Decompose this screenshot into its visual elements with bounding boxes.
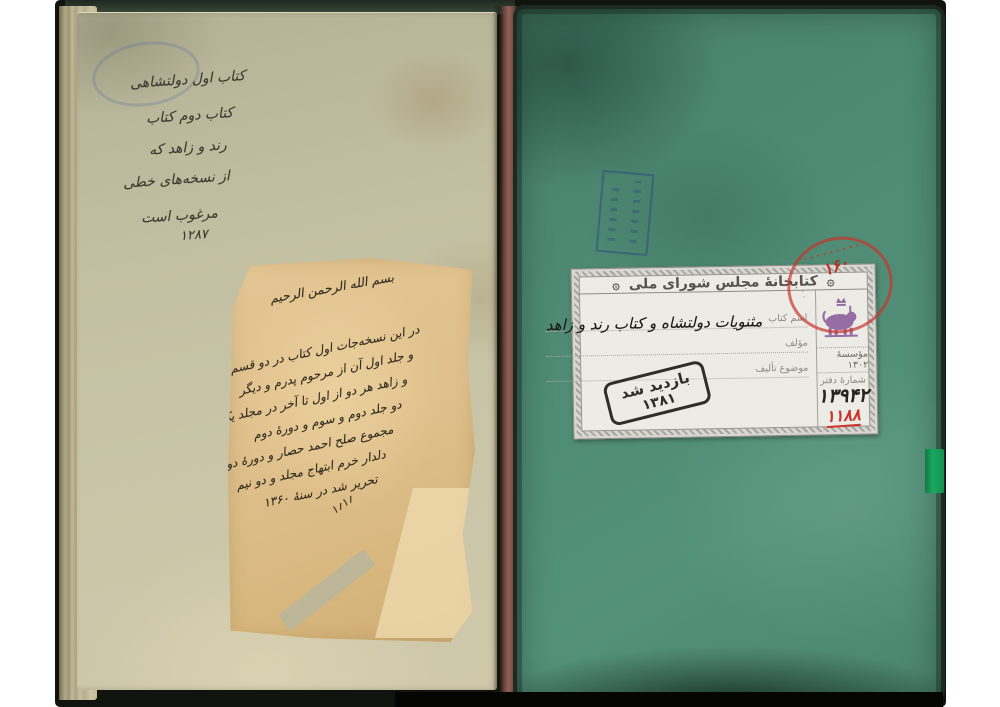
ownership-note-line: مرغوب است — [141, 205, 219, 226]
founded-year: مؤسسهٔ ۱۳۰۲ — [817, 347, 868, 373]
register-cell: شمارهٔ دفتر ۱۳۹۴۲ ۱۱۸۸ — [817, 372, 869, 427]
label-row: اسم کتاب مثنویات دولتشاه و کتاب رند و زا… — [545, 295, 807, 333]
green-bookmark-tab — [925, 449, 944, 493]
field-label: مؤلف — [785, 338, 808, 352]
red-stamp-side-marks: ··· — [795, 283, 809, 303]
note-torn-patch — [375, 488, 475, 638]
accession-number-red: ۱۱۸۸ — [826, 406, 862, 428]
left-page: کتاب اول دولتشاهی کتاب دوم کتاب رند و زا… — [77, 12, 497, 690]
basmala-line: بسم الله الرحمن الرحیم — [269, 269, 395, 306]
label-fields: اسم کتاب مثنویات دولتشاه و کتاب رند و زا… — [539, 290, 817, 432]
field-label: موضوع تألیف — [755, 363, 808, 378]
bottom-shadow — [395, 692, 943, 707]
ownership-note-line: کتاب دوم کتاب — [145, 105, 233, 127]
stamp-faint-text-column — [608, 183, 620, 241]
ownership-note-line: رند و زاهد که — [149, 137, 228, 158]
note-tape-strip — [278, 549, 375, 631]
register-number: ۱۳۹۴۲ — [818, 385, 869, 407]
pasted-note: بسم الله الرحمن الرحیم در این نسخه‌جات ا… — [228, 258, 475, 642]
right-cover: ۞ کتابخانهٔ مجلس شورای ملی ۞ — [513, 5, 945, 702]
manuscript-photo: کتاب اول دولتشاهی کتاب دوم کتاب رند و زا… — [0, 0, 1000, 707]
blue-rectangular-stamp — [596, 170, 655, 256]
field-value-book-title: مثنویات دولتشاه و کتاب رند و زاهد — [546, 312, 763, 334]
note-tail-marks: ؍۱؍۱ — [329, 492, 357, 517]
stamp-faint-text-column — [629, 181, 641, 243]
rosette-ornament-icon: ۞ — [612, 277, 620, 292]
ownership-note-date: ۱۲۸۷ — [180, 227, 209, 244]
book: کتاب اول دولتشاهی کتاب دوم کتاب رند و زا… — [55, 0, 946, 707]
ownership-note-line: از نسخه‌های خطی — [123, 168, 231, 191]
